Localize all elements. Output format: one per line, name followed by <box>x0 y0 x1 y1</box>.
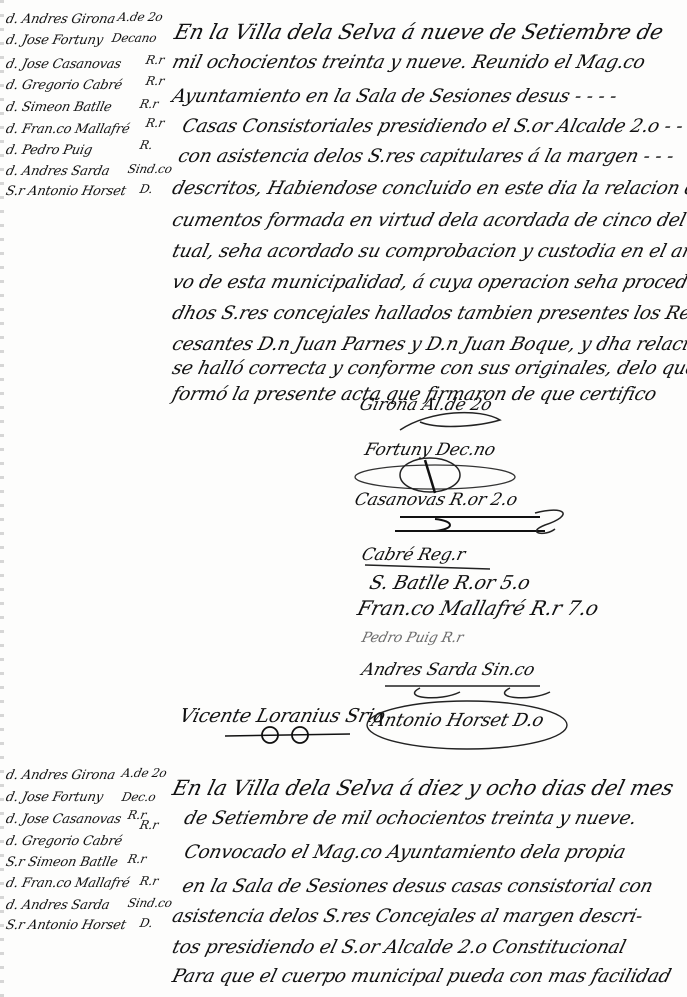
body-line: Convocado el Mag.co Ayuntamiento dela pr… <box>182 842 628 863</box>
body-line: cesantes D.n Juan Parnes y D.n Juan Boqu… <box>170 334 687 355</box>
margin-role: A.de 2o <box>117 10 165 24</box>
margin-name: S.r Simeon Batlle <box>4 855 119 870</box>
margin-name: S.r Antonio Horset <box>4 184 127 199</box>
body-line: Para que el cuerpo municipal pueda con m… <box>170 966 673 987</box>
body-line: Ayuntamiento en la Sala de Sesiones desu… <box>170 86 619 107</box>
margin-role: Sind.co <box>127 896 174 910</box>
margin-name: d. Andres Girona <box>4 12 116 27</box>
margin-role: R.r <box>127 852 148 866</box>
signature-puig: Pedro Puig R.r <box>360 630 465 646</box>
signature-horset: Antonio Horset D.o <box>369 710 546 731</box>
margin-name: d. Jose Fortuny <box>4 790 104 805</box>
margin-name: d. Simeon Batlle <box>4 100 113 115</box>
margin-name: d. Jose Fortuny <box>4 33 104 48</box>
body-line: asistencia delos S.res Concejales al mar… <box>170 906 645 927</box>
margin-role: Sind.co <box>127 162 174 176</box>
signature-batlle: S. Batlle R.or 5.o <box>367 572 532 594</box>
body-line: tos presidiendo el S.or Alcalde 2.o Cons… <box>170 937 628 958</box>
margin-name: d. Fran.co Mallafré <box>4 122 131 137</box>
margin-role: Dec.o <box>121 790 157 804</box>
signature-flourish-icon <box>395 505 575 545</box>
body-line: con asistencia delos S.res capitulares á… <box>176 146 676 167</box>
margin-role: D. <box>139 182 155 196</box>
body-line: dhos S.res concejales hallados tambien p… <box>170 303 687 324</box>
margin-name: d. Fran.co Mallafré <box>4 876 131 891</box>
body-line: descritos, Habiendose concluido en este … <box>170 178 687 199</box>
margin-role: R.r <box>145 116 166 130</box>
binding-edge <box>0 0 4 997</box>
body-line: Casas Consistoriales presidiendo el S.or… <box>180 116 687 137</box>
manuscript-page: d. Andres Girona A.de 2o d. Jose Fortuny… <box>0 0 687 997</box>
body-line: en la Sala de Sesiones desus casas consi… <box>180 876 655 897</box>
body-line: vo de esta municipalidad, á cuya operaci… <box>170 272 687 293</box>
signature-mallafre: Fran.co Mallafré R.r 7.o <box>355 596 601 620</box>
margin-name: d. Gregorio Cabré <box>4 78 123 93</box>
body-line: mil ochocientos treinta y nueve. Reunido… <box>170 52 647 73</box>
margin-name: d. Jose Casanovas <box>4 57 122 72</box>
margin-name: d. Andres Girona <box>4 768 116 783</box>
margin-role: Decano <box>111 31 158 45</box>
margin-role: R.r <box>139 97 160 111</box>
body-line: cumentos formada en virtud dela acordada… <box>170 210 687 231</box>
margin-name: S.r Antonio Horset <box>4 918 127 933</box>
margin-role: R.r <box>145 74 166 88</box>
margin-name: d. Gregorio Cabré <box>4 834 123 849</box>
margin-role: R.r <box>139 818 160 832</box>
margin-role: D. <box>139 916 155 930</box>
margin-name: d. Jose Casanovas <box>4 812 122 827</box>
margin-role: R. <box>139 138 154 152</box>
body-line: de Setiembre de mil ochocientos treinta … <box>182 808 639 829</box>
signature-flourish-icon <box>390 400 510 440</box>
body-line: tual, seha acordado su comprobacion y cu… <box>170 241 687 262</box>
margin-role: A.de 2o <box>121 766 169 780</box>
margin-name: d. Andres Sarda <box>4 898 111 913</box>
margin-role: R.r <box>145 53 166 67</box>
body-line: En la Villa dela Selva á nueve de Setiem… <box>172 20 666 44</box>
signature-flourish-icon <box>220 720 360 750</box>
body-line: se halló correcta y conforme con sus ori… <box>170 358 687 379</box>
margin-name: d. Pedro Puig <box>4 143 93 158</box>
margin-name: d. Andres Sarda <box>4 164 111 179</box>
body-line: En la Villa dela Selva á diez y ocho dia… <box>170 776 676 800</box>
margin-role: R.r <box>139 874 160 888</box>
